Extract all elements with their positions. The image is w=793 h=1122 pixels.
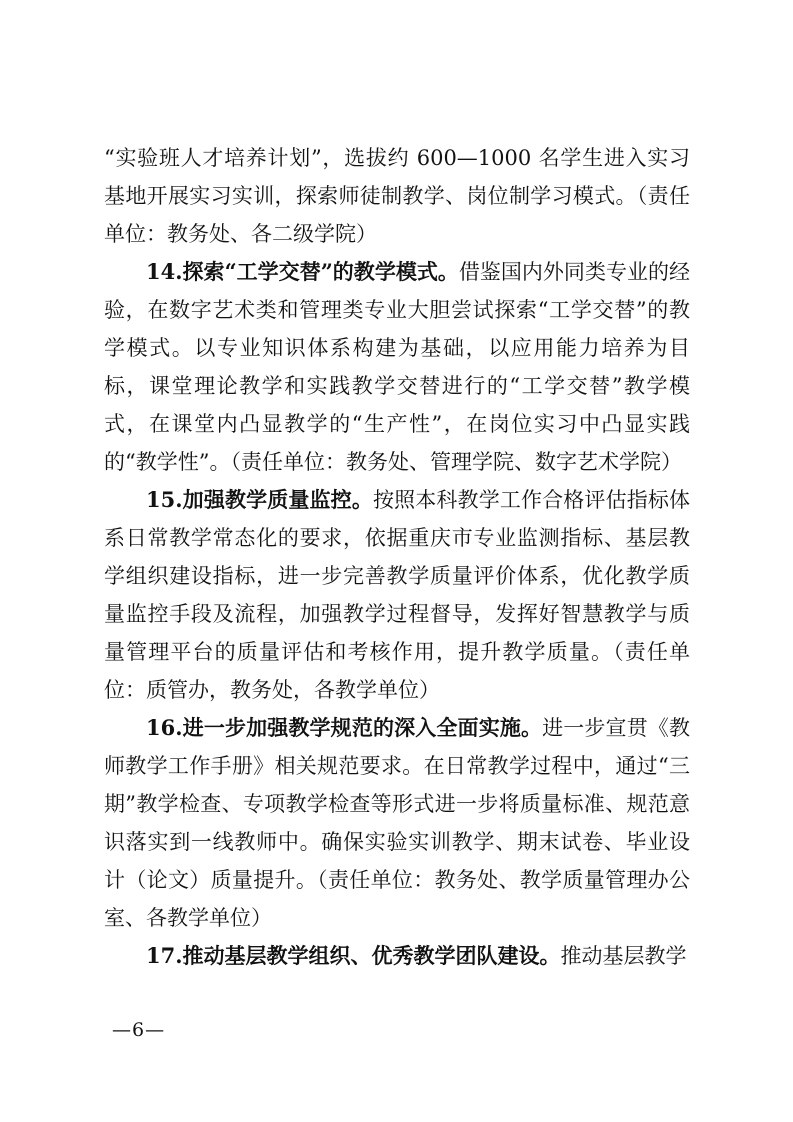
paragraph-text: 进一步宣贯《教师教学工作手册》相关规范要求。在日常教学过程中，通过“三期”教学检…	[104, 716, 690, 930]
page-number: —6—	[112, 1017, 165, 1043]
document-page: “实验班人才培养计划”，选拔约 600—1000 名学生进入实习基地开展实习实训…	[0, 0, 793, 1122]
paragraph-17: 17.推动基层教学组织、优秀教学团队建设。推动基层教学	[104, 937, 690, 975]
paragraph-lead: 16.进一步加强教学规范的深入全面实施。	[146, 715, 542, 740]
paragraph-16: 16.进一步加强教学规范的深入全面实施。进一步宣贯《教师教学工作手册》相关规范要…	[104, 709, 690, 937]
document-body: “实验班人才培养计划”，选拔约 600—1000 名学生进入实习基地开展实习实训…	[104, 139, 690, 975]
paragraph-text: “实验班人才培养计划”，选拔约 600—1000 名学生进入实习基地开展实习实训…	[104, 146, 690, 246]
paragraph-text: 推动基层教学	[561, 944, 687, 968]
paragraph-lead: 17.推动基层教学组织、优秀教学团队建设。	[146, 943, 561, 968]
paragraph-15: 15.加强教学质量监控。按照本科教学工作合格评估指标体系日常教学常态化的要求，依…	[104, 481, 690, 709]
paragraph-13-continuation: “实验班人才培养计划”，选拔约 600—1000 名学生进入实习基地开展实习实训…	[104, 139, 690, 253]
paragraph-text: 按照本科教学工作合格评估指标体系日常教学常态化的要求，依据重庆市专业监测指标、基…	[104, 488, 690, 702]
paragraph-lead: 14.探索“工学交替”的教学模式。	[146, 259, 459, 284]
paragraph-lead: 15.加强教学质量监控。	[146, 487, 373, 512]
paragraph-14: 14.探索“工学交替”的教学模式。借鉴国内外同类专业的经验，在数字艺术类和管理类…	[104, 253, 690, 481]
paragraph-text: 借鉴国内外同类专业的经验，在数字艺术类和管理类专业大胆尝试探索“工学交替”的教学…	[104, 260, 690, 474]
